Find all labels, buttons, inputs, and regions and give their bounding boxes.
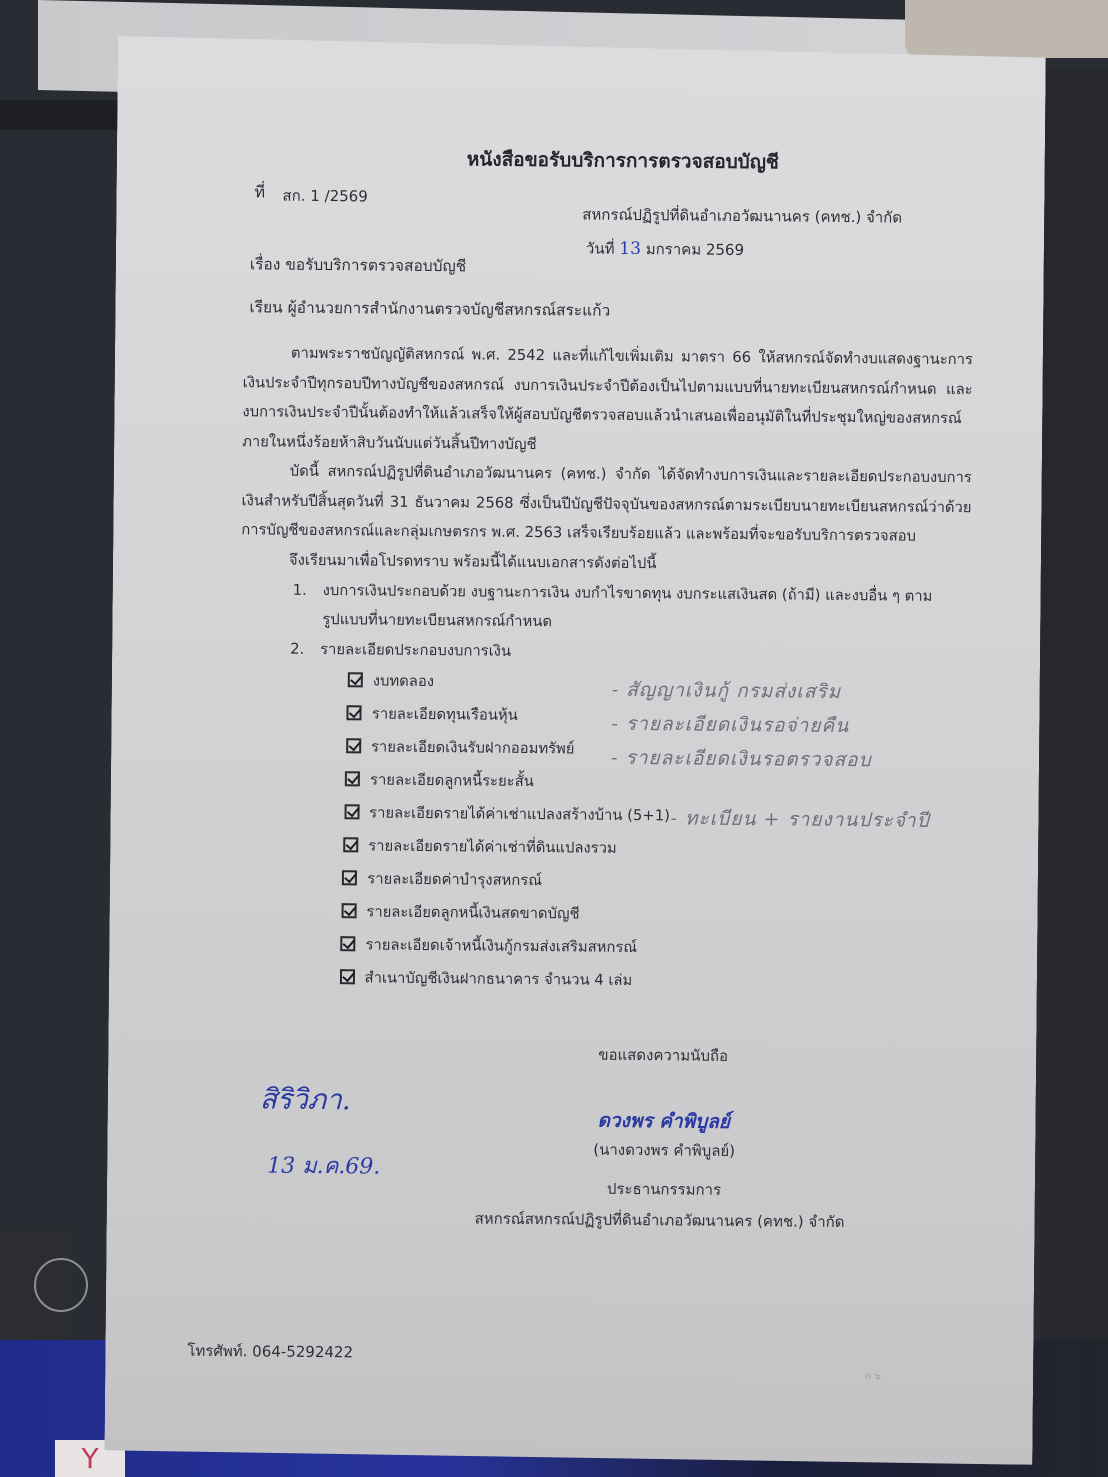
checklist-item: รายละเอียดรายได้ค่าเช่าที่ดินแปลงรวม [343,828,670,864]
date-label: วันที่ [586,240,615,258]
date-day-handwritten: 13 [619,239,641,259]
background-surface-right [1040,70,1108,1400]
checklist-item-label: รายละเอียดลูกหนี้ระยะสั้น [370,767,534,793]
checklist-item-label: สำเนาบัญชีเงินฝากธนาคาร จำนวน 4 เล่ม [364,965,632,992]
checklist-item-label: รายละเอียดค่าบำรุงสหกรณ์ [367,866,542,892]
receiver-signature: สิริวิภา. [260,1077,351,1122]
document-date: วันที่ 13 มกราคม 2569 [586,237,744,263]
handwritten-note: - รายละเอียดเงินรอตรวจสอบ [611,743,872,775]
checklist-item-label: รายละเอียดเงินรับฝากออมทรัพย์ [371,734,575,760]
checklist-item-label: รายละเอียดรายได้ค่าเช่าแปลงสร้างบ้าน (5+… [369,800,670,827]
checked-checkbox-icon [346,738,361,753]
checked-checkbox-icon [345,771,360,786]
reference-number: สก. 1 /2569 [282,184,368,209]
checklist-item: รายละเอียดเจ้าหนี้เงินกู้กรมส่งเสริมสหกร… [340,927,669,963]
date-month-year: มกราคม 2569 [646,240,744,259]
checklist-item-label: รายละเอียดเจ้าหนี้เงินกู้กรมส่งเสริมสหกร… [365,932,637,959]
document-page: หนังสือขอรับบริการการตรวจสอบบัญชี ที่ สก… [104,36,1046,1465]
phone-number: โทรศัพท์. 064-5292422 [187,1339,353,1365]
checked-checkbox-icon [340,969,355,984]
checklist-item-label: รายละเอียดทุนเรือนหุ้น [372,701,518,726]
checklist-item-label: งบทดลอง [373,668,434,693]
checklist-item: รายละเอียดรายได้ค่าเช่าแปลงสร้างบ้าน (5+… [344,795,670,831]
signer-title: ประธานกรรมการ [607,1177,721,1202]
checklist-item-label: รายละเอียดลูกหนี้เงินสดขาดบัญชี [366,899,579,925]
body-paragraph: บัดนี้ สหกรณ์ปฏิรูปที่ดินอำเภอวัฒนานคร (… [241,456,972,552]
handwritten-note: - รายละเอียดเงินรอจ่ายคืน [611,709,849,741]
handwritten-note: - ทะเบียน + รายงานประจำปี [670,803,929,835]
subject-line: เรื่อง ขอรับบริการตรวจสอบบัญชี [250,251,467,278]
reference-label: ที่ [254,180,265,205]
document-title: หนังสือขอรับบริการการตรวจสอบบัญชี [467,144,779,177]
signer-organization: สหกรณ์สหกรณ์ปฏิรูปที่ดินอำเภอวัฒนานคร (ค… [475,1206,845,1234]
ring-icon [34,1258,88,1312]
checklist-item: สำเนาบัญชีเงินฝากธนาคาร จำนวน 4 เล่ม [339,960,668,996]
sender-organization: สหกรณ์ปฏิรูปที่ดินอำเภอวัฒนานคร (คทช.) จ… [582,202,902,229]
signer-name: (นางดวงพร คำพิบูลย์) [593,1138,735,1163]
checked-checkbox-icon [348,672,363,687]
closing-salutation: ขอแสดงความนับถือ [598,1043,728,1068]
checked-checkbox-icon [344,804,359,819]
recipient-line: เรียน ผู้อำนวยการสำนักงานตรวจบัญชีสหกรณ์… [249,294,610,322]
handwritten-note: - สัญญาเงินกู้ กรมส่งเสริม [612,675,842,707]
checked-checkbox-icon [343,837,358,852]
background-paper-corner [905,0,1108,58]
body-paragraph: ตามพระราชบัญญัติสหกรณ์ พ.ศ. 2542 และที่แ… [242,338,973,463]
signature: ดวงพร คำพิบูลย์ [597,1106,730,1137]
checklist-item: รายละเอียดลูกหนี้เงินสดขาดบัญชี [341,894,669,930]
receiver-date: 13 ม.ค.69. [267,1147,381,1183]
checklist-item: รายละเอียดค่าบำรุงสหกรณ์ [342,861,669,897]
pencil-mark: ก ๖ [865,1369,881,1384]
checked-checkbox-icon [341,903,356,918]
checked-checkbox-icon [342,870,357,885]
checklist-item-label: รายละเอียดรายได้ค่าเช่าที่ดินแปลงรวม [368,833,617,859]
checked-checkbox-icon [347,705,362,720]
background-surface [0,100,120,130]
checked-checkbox-icon [340,936,355,951]
